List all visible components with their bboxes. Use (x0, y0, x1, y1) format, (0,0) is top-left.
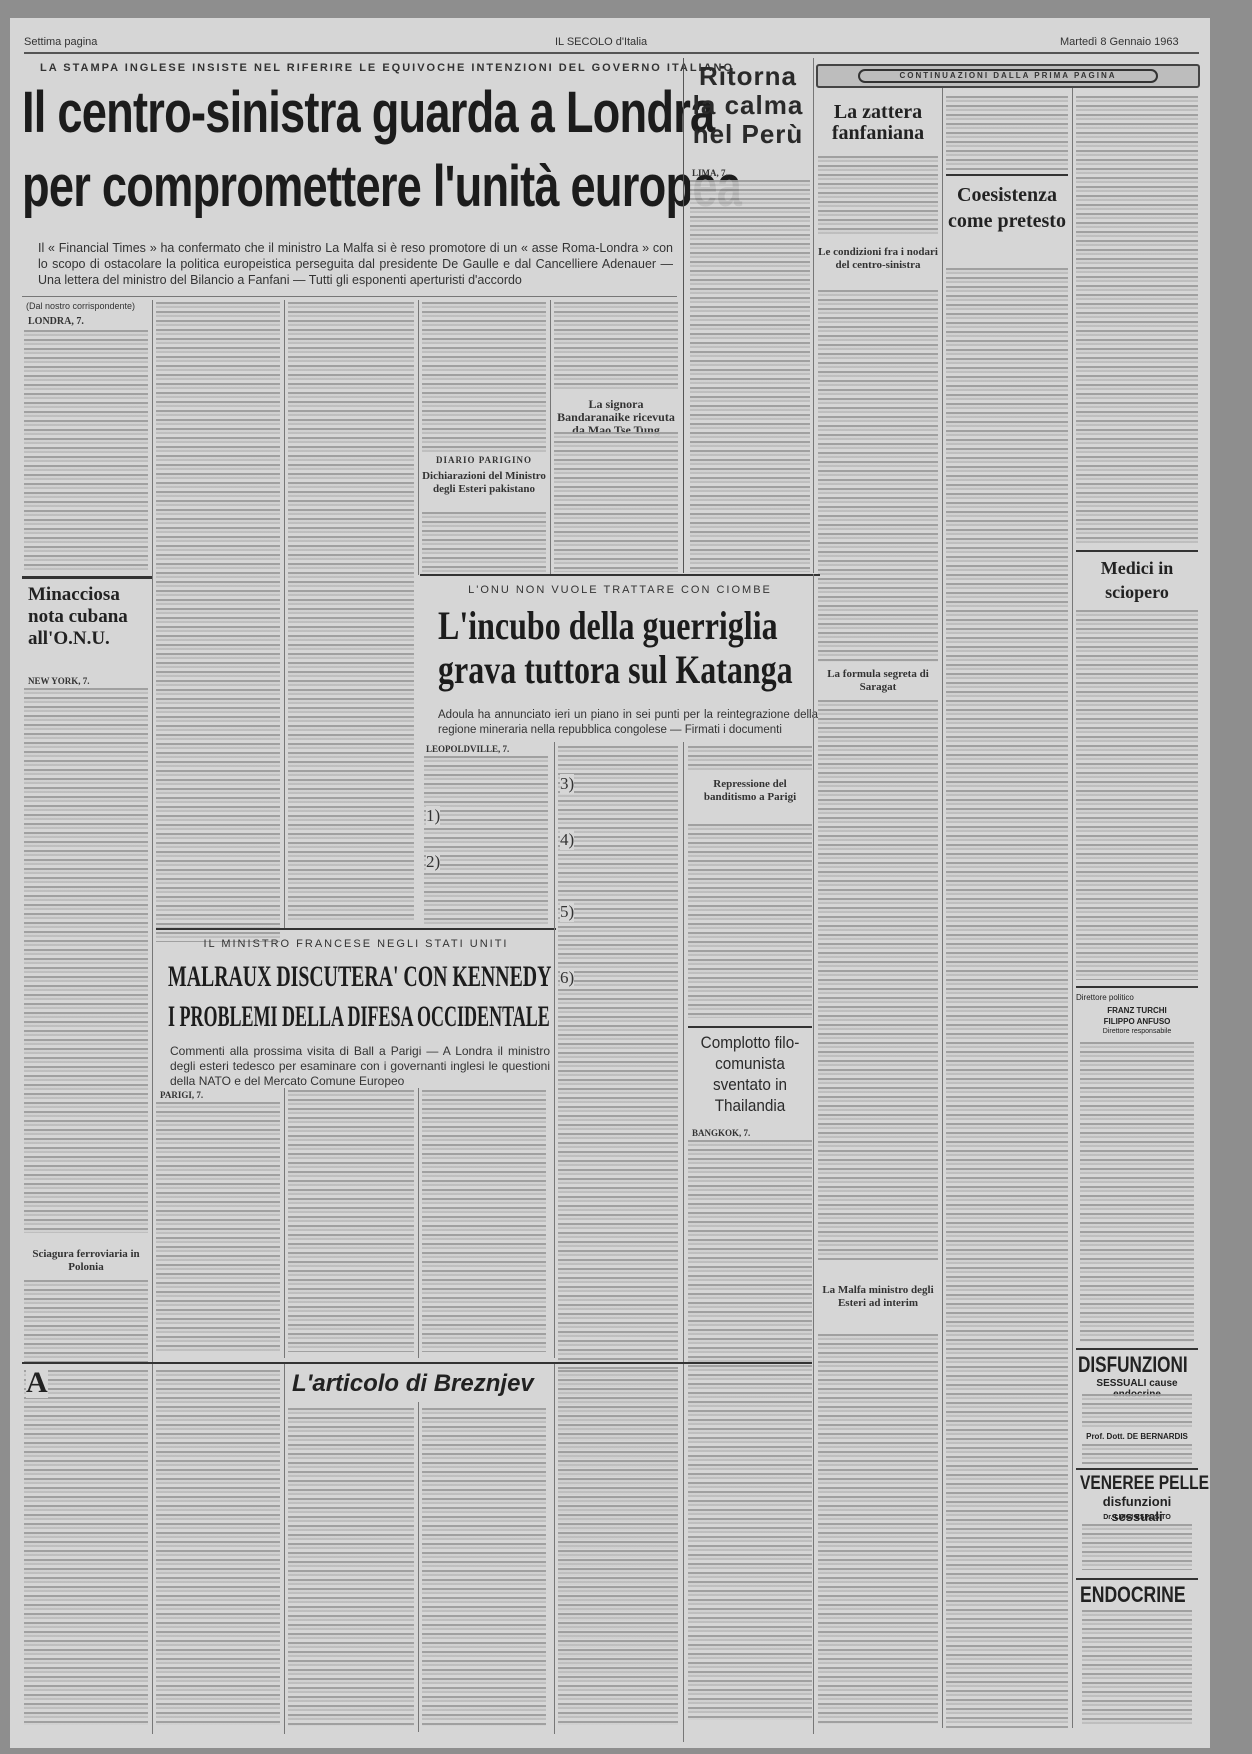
issue-date: Martedì 8 Gennaio 1963 (1060, 36, 1179, 48)
breznjev-col4-body (422, 1408, 546, 1726)
column-rule (284, 1088, 285, 1358)
subhead-banditismo: Repressione del banditismo a Parigi (688, 778, 812, 804)
point-3: 3) (560, 774, 574, 794)
lead-body-col4a (422, 302, 546, 452)
section-rule (22, 576, 152, 579)
lead-body-col5a (554, 302, 678, 392)
column-rule (813, 574, 814, 1734)
ad-endocrine-title: ENDOCRINE (1080, 1584, 1186, 1606)
masthead-rule (24, 52, 1199, 54)
continuations-banner: CONTINUAZIONI DALLA PRIMA PAGINA (816, 64, 1200, 88)
cuba-body (24, 688, 148, 1233)
malraux-kicker: IL MINISTRO FRANCESE NEGLI STATI UNITI (156, 938, 556, 950)
lead-body-col4b (422, 512, 546, 572)
malraux-col3-body (422, 1090, 546, 1352)
column-rule (418, 1088, 419, 1358)
section-rule (420, 574, 820, 576)
lead-kicker: LA STAMPA INGLESE INSISTE NEL RIFERIRE L… (40, 62, 650, 74)
paper-name: IL SECOLO d'Italia (555, 36, 647, 48)
katanga-kicker: L'ONU NON VUOLE TRATTARE CON CIOMBE (420, 584, 820, 596)
breznjev-col3-body (288, 1408, 414, 1726)
column-rule (683, 742, 684, 1742)
lead-body-col3 (288, 302, 414, 922)
peru-dateline: LIMA, 7. (692, 168, 728, 178)
breznjev-col1-body (24, 1370, 148, 1725)
ad-veneree-title: VENEREE PELLE (1080, 1474, 1209, 1493)
ad-disfunzioni-title: DISFUNZIONI (1078, 1354, 1188, 1376)
subhead-label: DIARIO PARIGINO (422, 454, 546, 467)
section-rule (1076, 1468, 1198, 1470)
section-rule (688, 1026, 812, 1028)
continuation-col-b-top (946, 96, 1068, 170)
continuations-banner-label: CONTINUAZIONI DALLA PRIMA PAGINA (858, 69, 1158, 83)
newspaper-page: Settima pagina IL SECOLO d'Italia Marted… (10, 18, 1210, 1748)
ad-disfunzioni-doctor: Prof. Dott. DE BERNARDIS (1076, 1432, 1198, 1441)
katanga-col1-body (424, 756, 548, 926)
subhead-saragat: La formula segreta di Saragat (818, 668, 938, 694)
coesistenza-headline: Coesistenza come pretesto (946, 182, 1068, 234)
subhead-lamalfa: La Malfa ministro degli Esteri ad interi… (818, 1284, 938, 1310)
lead-byline: (Dal nostro corrispondente) (26, 301, 135, 311)
ad-endocrine-body (1082, 1610, 1192, 1725)
subhead-pakistan: Dichiarazioni del Ministro degli Esteri … (422, 470, 546, 496)
cuba-dateline: NEW YORK, 7. (28, 676, 90, 686)
breznjev-dropcap-overlay: A (26, 1368, 48, 1398)
section-rule (156, 928, 556, 930)
sciagura-body (24, 1280, 148, 1362)
column-rule (284, 300, 285, 930)
medici-headline: Medici in sciopero (1076, 556, 1198, 604)
column-rule (418, 1402, 419, 1732)
katanga-headline-line1: L'incubo della guerriglia (438, 606, 778, 646)
katanga-dateline: LEOPOLDVILLE, 7. (426, 744, 509, 754)
malraux-headline-line2: I PROBLEMI DELLA DIFESA OCCIDENTALE (168, 1002, 550, 1032)
malraux-deck: Commenti alla prossima visita di Ball a … (170, 1044, 550, 1089)
column-rule (550, 300, 551, 575)
breznjev-headline: L'articolo di Breznjev (292, 1370, 542, 1398)
lead-body-col5b (554, 432, 678, 572)
column-rule (152, 574, 153, 1364)
lead-body-col2 (156, 302, 280, 942)
thailand-body (688, 1140, 812, 1720)
column-rule (418, 300, 419, 575)
ad-disfunzioni-address (1082, 1444, 1192, 1464)
malraux-col2-body (288, 1090, 414, 1352)
section-rule (1076, 550, 1198, 552)
section-rule (1076, 986, 1198, 988)
malraux-dateline: PARIGI, 7. (160, 1090, 203, 1100)
column-rule (554, 1364, 555, 1734)
continuation-col-b-body (946, 268, 1068, 1728)
continuation-col-a-body3 (818, 1334, 938, 1724)
subhead-sciagura: Sciagura ferroviaria in Polonia (24, 1248, 148, 1274)
page-label: Settima pagina (24, 36, 97, 48)
continuation-col-c-top (1076, 96, 1198, 546)
section-rule (1076, 1578, 1198, 1580)
lead-deck: Il « Financial Times » ha confermato che… (38, 240, 673, 288)
lead-body-col1 (24, 330, 148, 570)
column-rule (1072, 88, 1073, 1728)
thailand-dateline: BANGKOK, 7. (692, 1128, 750, 1138)
column-rule (554, 742, 555, 928)
subhead-condizioni: Le condizioni fra i nodari del centro-si… (818, 246, 938, 272)
lead-dateline: LONDRA, 7. (28, 316, 84, 327)
continuation-col-a-body2 (818, 700, 938, 1260)
malraux-headline-line1: MALRAUX DISCUTERA' CON KENNEDY (168, 962, 551, 992)
lead-headline-line2: per compromettere l'unità europea (22, 158, 741, 216)
point-1: 1) (426, 806, 440, 826)
column-rule (554, 928, 555, 1358)
ad-veneree-doctor: Dr. LUIGI ESPOSITO (1076, 1514, 1198, 1521)
imprint-director-label: Direttore politico (1076, 993, 1198, 1002)
point-5: 5) (560, 902, 574, 922)
column-rule (152, 1364, 153, 1734)
cuba-headline: Minacciosa nota cubana all'O.N.U. (22, 584, 156, 650)
lead-headline-line1: Il centro-sinistra guarda a Londra (22, 84, 714, 142)
continuation-col-a-body (818, 290, 938, 662)
katanga-headline-line2: grava tuttora sul Katanga (438, 650, 793, 690)
section-rule (946, 174, 1068, 176)
zattera-headline: La zattera fanfaniana (818, 102, 938, 144)
imprint-editor-role: Direttore responsabile (1076, 1028, 1198, 1035)
peru-headline: Ritorna la calma nel Perù (686, 62, 810, 149)
column-rule (284, 1364, 285, 1734)
column-rule (152, 300, 153, 575)
malraux-col1-body (156, 1102, 280, 1352)
katanga-deck: Adoula ha annunciato ieri un piano in se… (438, 708, 818, 738)
point-2: 2) (426, 852, 440, 872)
thailand-headline: Complotto filo-comunista sventato in Tha… (694, 1032, 806, 1116)
breznjev-col2-body (156, 1370, 280, 1725)
katanga-col3-top (688, 746, 812, 770)
ad-veneree-body (1082, 1524, 1192, 1570)
section-rule (22, 1362, 812, 1364)
zattera-body (818, 156, 938, 236)
peru-body (690, 180, 810, 572)
section-rule (1076, 1348, 1198, 1350)
column-rule (942, 88, 943, 1728)
ad-disfunzioni-body (1082, 1394, 1192, 1430)
imprint-editor: FILIPPO ANFUSO (1076, 1017, 1198, 1026)
breznjev-col5-body (558, 1370, 678, 1725)
lead-deck-rule (22, 296, 677, 297)
column-rule (813, 58, 814, 573)
imprint-director: FRANZ TURCHI (1076, 1006, 1198, 1015)
medici-body (1076, 610, 1198, 980)
point-6: 6) (560, 968, 574, 988)
imprint-body (1080, 1042, 1194, 1342)
column-rule (683, 58, 684, 573)
point-4: 4) (560, 830, 574, 850)
katanga-col3-body (688, 824, 812, 1018)
